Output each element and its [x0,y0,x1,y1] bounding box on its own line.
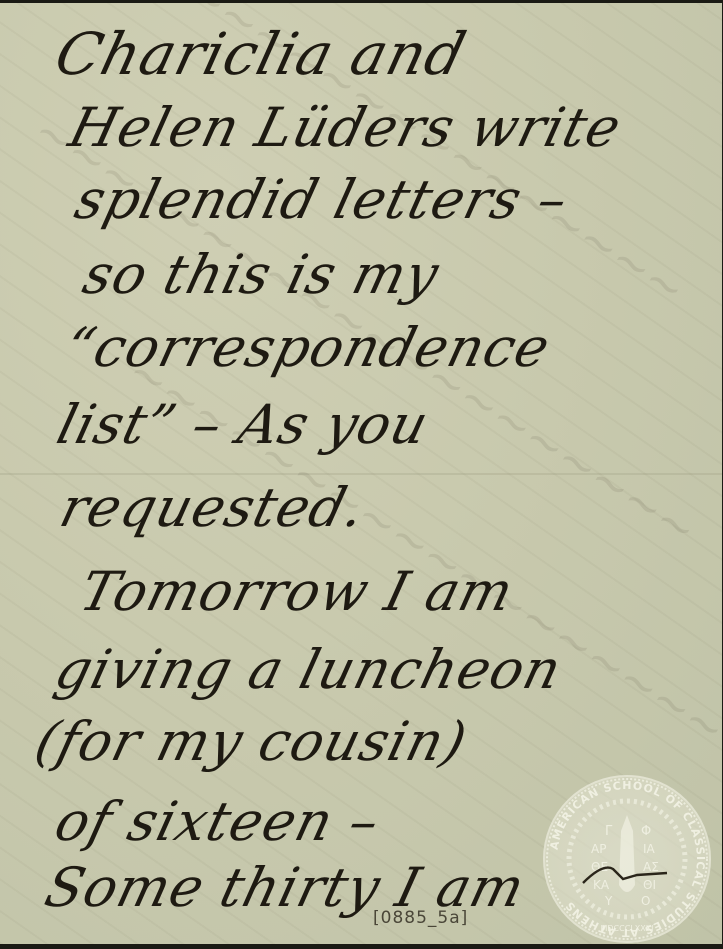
letter-line-7: requested. [55,481,371,535]
svg-text:MDCCCLXXXI: MDCCCLXXXI [600,924,653,933]
svg-text:Γ: Γ [605,824,613,839]
letter-line-12: Some thirty I am [40,861,530,915]
svg-text:Υ: Υ [604,894,613,908]
letter-page: ~~~~~~~~~~~~~~~~~~ ~~~~~~~~~~~~~~~~~~~~ … [0,3,722,944]
svg-text:ΙΑ: ΙΑ [643,842,656,856]
paper-fold-line [0,473,722,475]
embossed-seal: AMERICAN SCHOOL OF CLASSICAL STUDIES AT … [543,775,711,943]
letter-line-9: giving a luncheon [50,643,567,697]
svg-text:ΑΣ: ΑΣ [643,860,659,874]
svg-text:Φ: Φ [641,824,651,839]
svg-text:ΑΡ: ΑΡ [591,842,606,856]
archive-reference: [0885_5a] [373,908,468,928]
letter-line-4: so this is my [78,248,444,302]
letter-line-3: splendid letters – [70,173,574,227]
letter-line-6: list” – As you [52,398,434,452]
letter-line-1: Chariclia and [50,25,472,83]
letter-line-8: Tomorrow I am [75,565,519,619]
svg-text:ΘΙ: ΘΙ [643,878,656,892]
letter-line-2: Helen Lüders write [64,101,627,155]
letter-line-5: “correspondence [60,321,555,375]
letter-line-10: (for my cousin) [30,715,472,769]
seal-emblem-icon: AMERICAN SCHOOL OF CLASSICAL STUDIES AT … [543,775,711,943]
svg-text:ΚΑ: ΚΑ [593,878,610,892]
svg-text:Ο: Ο [641,894,650,908]
letter-line-11: of sixteen – [50,795,385,849]
